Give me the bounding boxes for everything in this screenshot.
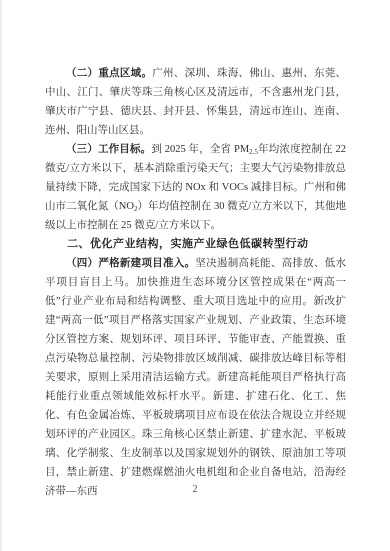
page-number: 2	[0, 483, 390, 497]
section-heading: 二、优化产业结构，实施产业绿色低碳转型行动	[45, 235, 346, 254]
paragraph-project-access-lead: （四）严格新建项目准入。	[66, 258, 195, 269]
paragraph-project-access-body: 坚决遏制高耗能、高排放、低水平项目盲目上马。加快推进生态环境分区管控成果在“两高…	[45, 258, 346, 497]
pm25-subscript: 2.5	[249, 148, 258, 156]
paragraph-work-targets-text-1: 到 2025 年，全省 PM	[151, 144, 249, 155]
paragraph-work-targets: （三）工作目标。到 2025 年，全省 PM2.5年均浓度控制在 22 微克/立…	[45, 140, 346, 235]
paragraph-project-access: （四）严格新建项目准入。坚决遏制高耗能、高排放、低水平项目盲目上马。加快推进生态…	[45, 254, 346, 501]
paragraph-key-regions-lead: （二）重点区域。	[66, 68, 152, 79]
paragraph-key-regions: （二）重点区域。广州、深圳、珠海、佛山、惠州、东莞、中山、江门、肇庆等珠三角核心…	[45, 64, 346, 140]
paragraph-work-targets-lead: （三）工作目标。	[66, 144, 151, 155]
page-content: （二）重点区域。广州、深圳、珠海、佛山、惠州、东莞、中山、江门、肇庆等珠三角核心…	[45, 64, 346, 501]
document-page: （二）重点区域。广州、深圳、珠海、佛山、惠州、东莞、中山、江门、肇庆等珠三角核心…	[0, 0, 390, 551]
scan-edge-shading	[0, 0, 3, 551]
